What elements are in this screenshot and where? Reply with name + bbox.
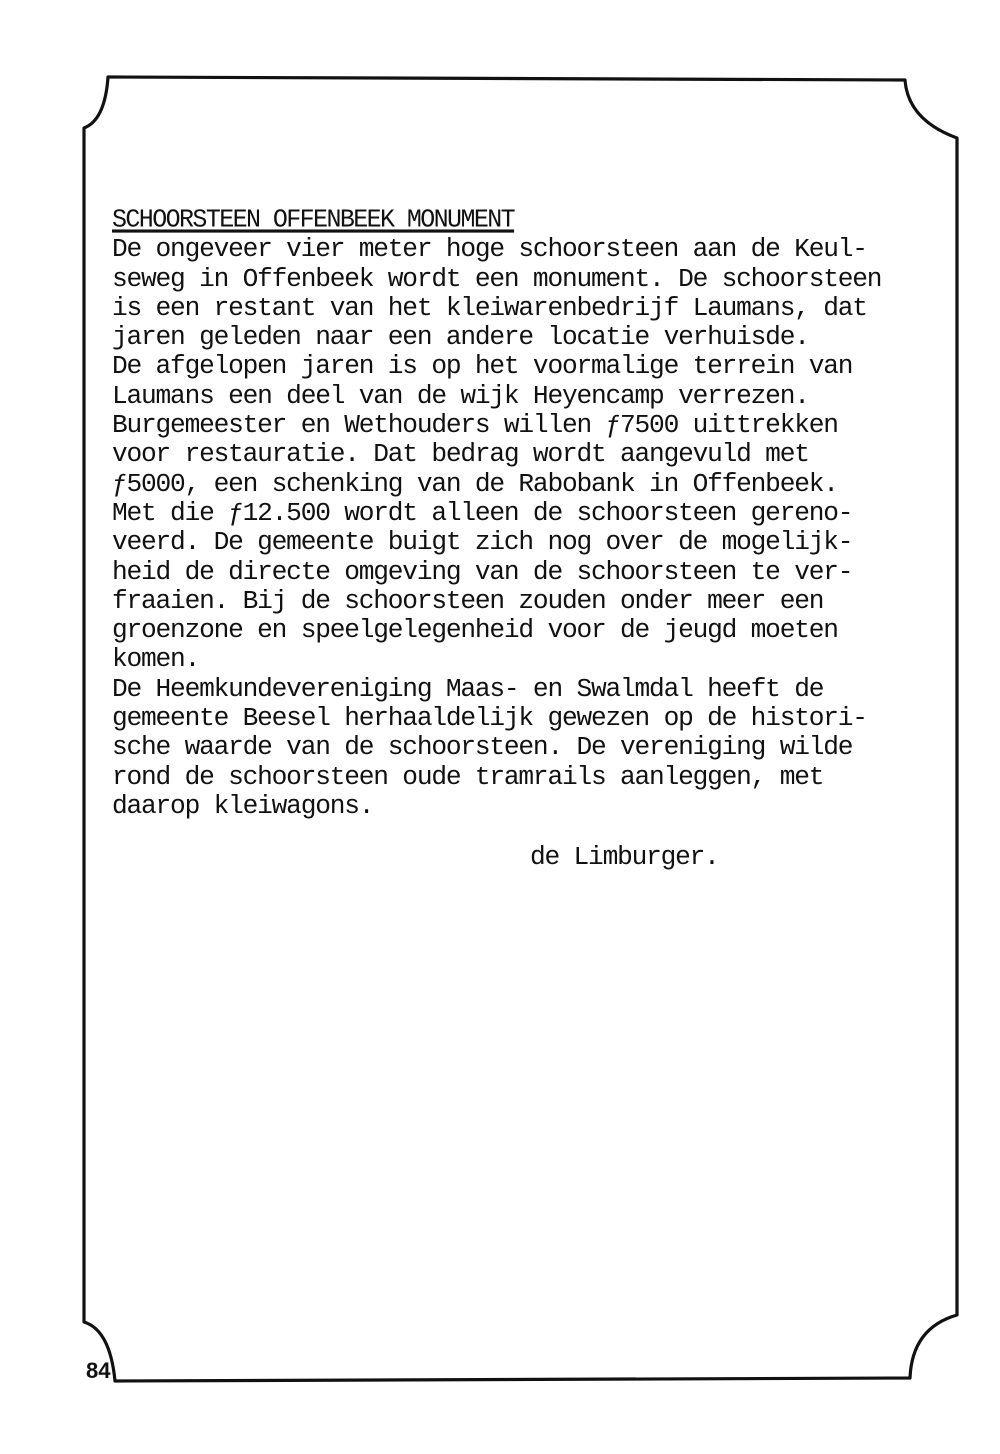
text-line: is een restant van het kleiwarenbedrijf … (112, 294, 962, 323)
text-line: komen. (112, 645, 962, 674)
text-line: seweg in Offenbeek wordt een monument. D… (112, 265, 962, 294)
text-line: gemeente Beesel herhaaldelijk gewezen op… (112, 704, 962, 733)
text-line: rond de schoorsteen oude tramrails aanle… (112, 763, 962, 792)
article-source: de Limburger. (530, 842, 719, 872)
text-line: Laumans een deel van de wijk Heyencamp v… (112, 382, 962, 411)
text-line: heid de directe omgeving van de schoorst… (112, 558, 962, 587)
text-line: groenzone en speelgelegenheid voor de je… (112, 616, 962, 645)
text-line: De ongeveer vier meter hoge schoorsteen … (112, 235, 962, 264)
text-line: fraaien. Bij de schoorsteen zouden onder… (112, 587, 962, 616)
text-line: ƒ5000, een schenking van de Rabobank in … (112, 470, 962, 499)
text-line: De Heemkundevereniging Maas- en Swalmdal… (112, 675, 962, 704)
text-line: Met die ƒ12.500 wordt alleen de schoorst… (112, 499, 962, 528)
text-line: De afgelopen jaren is op het voormalige … (112, 352, 962, 381)
text-line: veerd. De gemeente buigt zich nog over d… (112, 528, 962, 557)
text-line: jaren geleden naar een andere locatie ve… (112, 323, 962, 352)
text-line: Burgemeester en Wethouders willen ƒ7500 … (112, 411, 962, 440)
article-title: SCHOORSTEEN OFFENBEEK MONUMENT (112, 204, 514, 235)
text-line: daarop kleiwagons. (112, 792, 962, 821)
page-number: 84 (86, 1358, 110, 1384)
article-body: SCHOORSTEEN OFFENBEEK MONUMENT De ongeve… (112, 205, 962, 821)
text-line: sche waarde van de schoorsteen. De veren… (112, 733, 962, 762)
text-line: voor restauratie. Dat bedrag wordt aange… (112, 440, 962, 469)
article-text: De ongeveer vier meter hoge schoorsteen … (112, 235, 962, 821)
